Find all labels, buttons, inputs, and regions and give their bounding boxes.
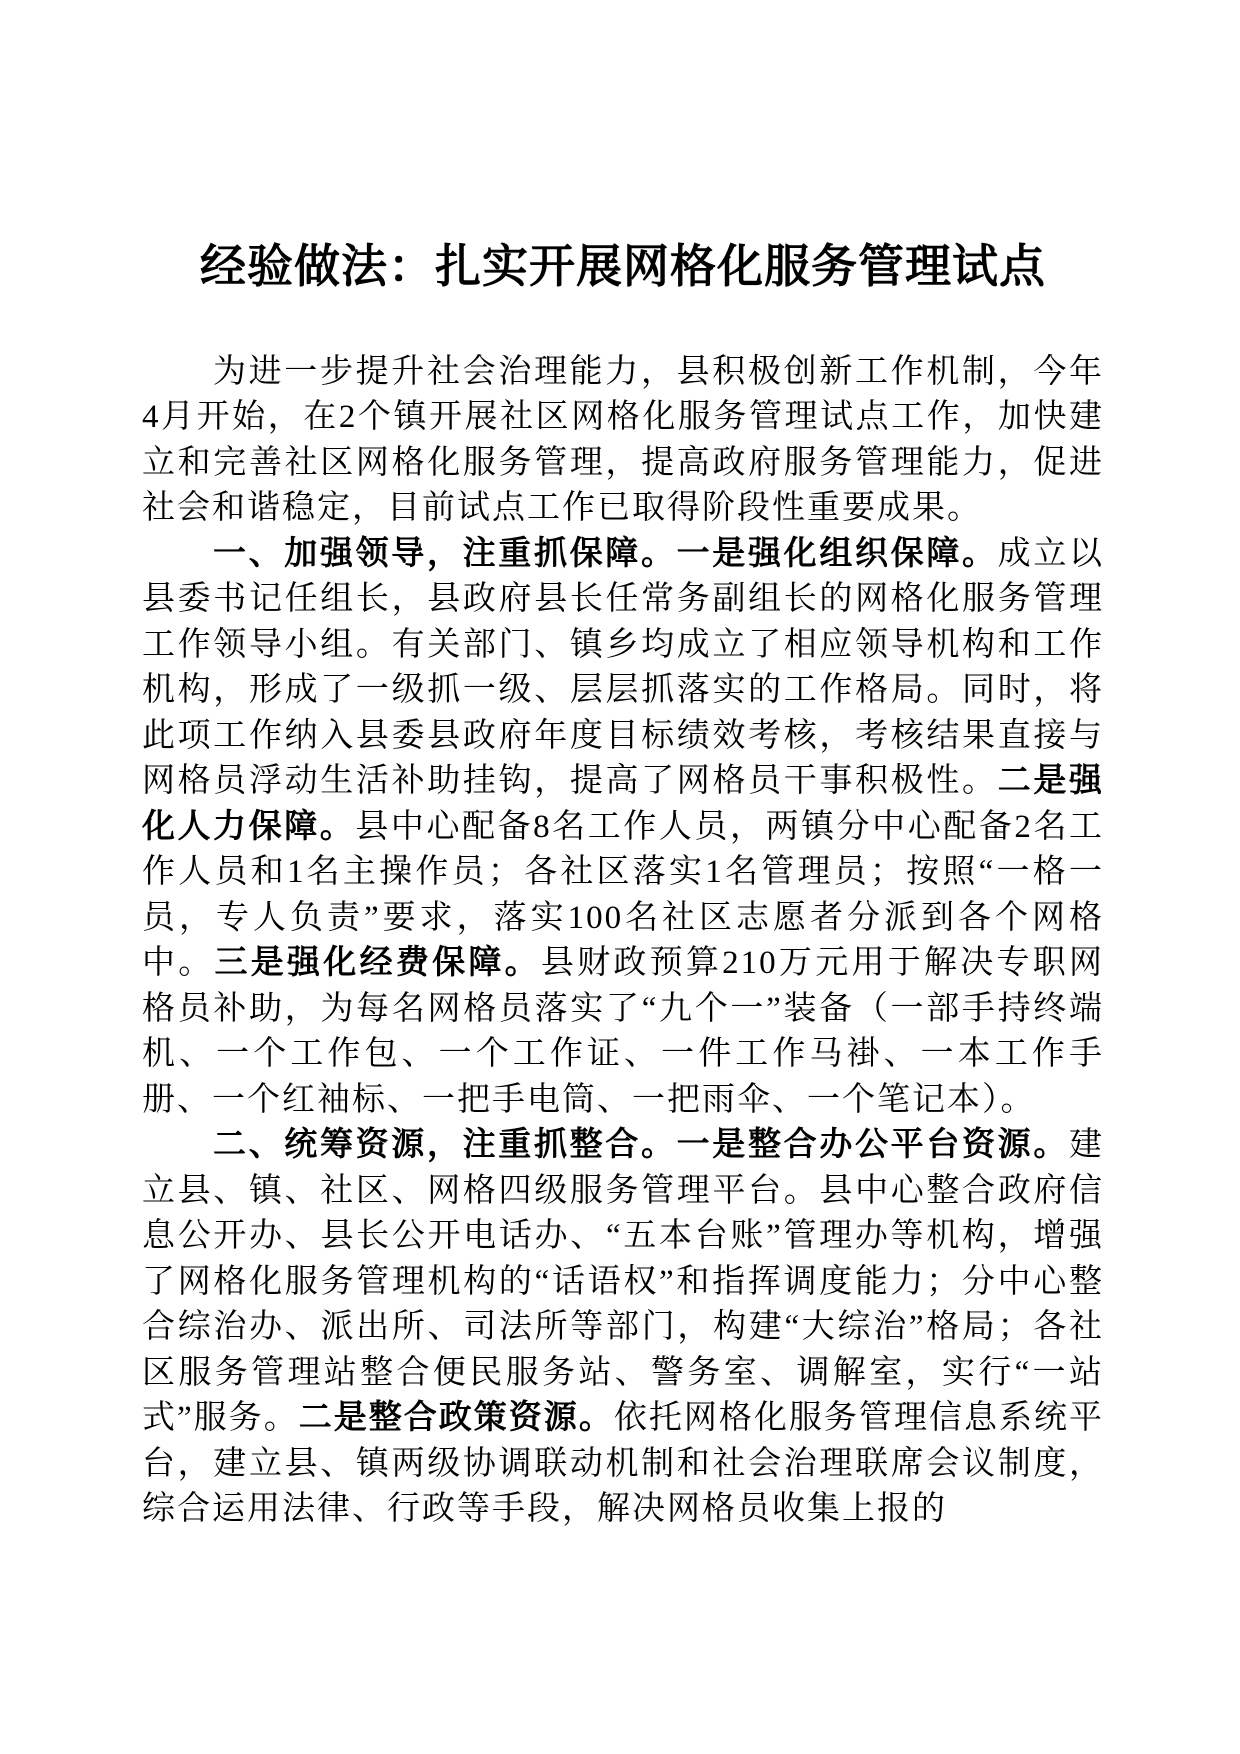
text-run-bold: 一、加强领导，注重抓保障。一是强化组织保障。 [213, 536, 998, 572]
paragraph-1: 为进一步提升社会治理能力，县积极创新工作机制，今年4月开始，在2个镇开展社区网格… [142, 350, 1104, 532]
text-run: 为进一步提升社会治理能力，县积极创新工作机制，今年4月开始，在2个镇开展社区网格… [142, 354, 1104, 527]
text-run-bold: 二、统筹资源，注重抓整合。一是整合办公平台资源。 [213, 1127, 1069, 1163]
text-run: 建立县、镇、社区、网格四级服务管理平台。县中心整合政府信息公开办、县长公开电话办… [142, 1127, 1104, 1436]
page-content: 经验做法：扎实开展网格化服务管理试点 为进一步提升社会治理能力，县积极创新工作机… [0, 0, 1240, 1533]
text-run-bold: 二是整合政策资源。 [299, 1400, 614, 1436]
text-run-bold: 三是强化经费保障。 [215, 945, 541, 981]
document-title: 经验做法：扎实开展网格化服务管理试点 [142, 238, 1104, 296]
document-page: 经验做法：扎实开展网格化服务管理试点 为进一步提升社会治理能力，县积极创新工作机… [0, 0, 1240, 1754]
paragraph-2: 一、加强领导，注重抓保障。一是强化组织保障。成立以县委书记任组长，县政府县长任常… [142, 532, 1104, 1124]
paragraph-3: 二、统筹资源，注重抓整合。一是整合办公平台资源。建立县、镇、社区、网格四级服务管… [142, 1123, 1104, 1533]
document-body: 为进一步提升社会治理能力，县积极创新工作机制，今年4月开始，在2个镇开展社区网格… [142, 350, 1104, 1533]
text-run: 成立以县委书记任组长，县政府县长任常务副组长的网格化服务管理工作领导小组。有关部… [142, 536, 1104, 800]
